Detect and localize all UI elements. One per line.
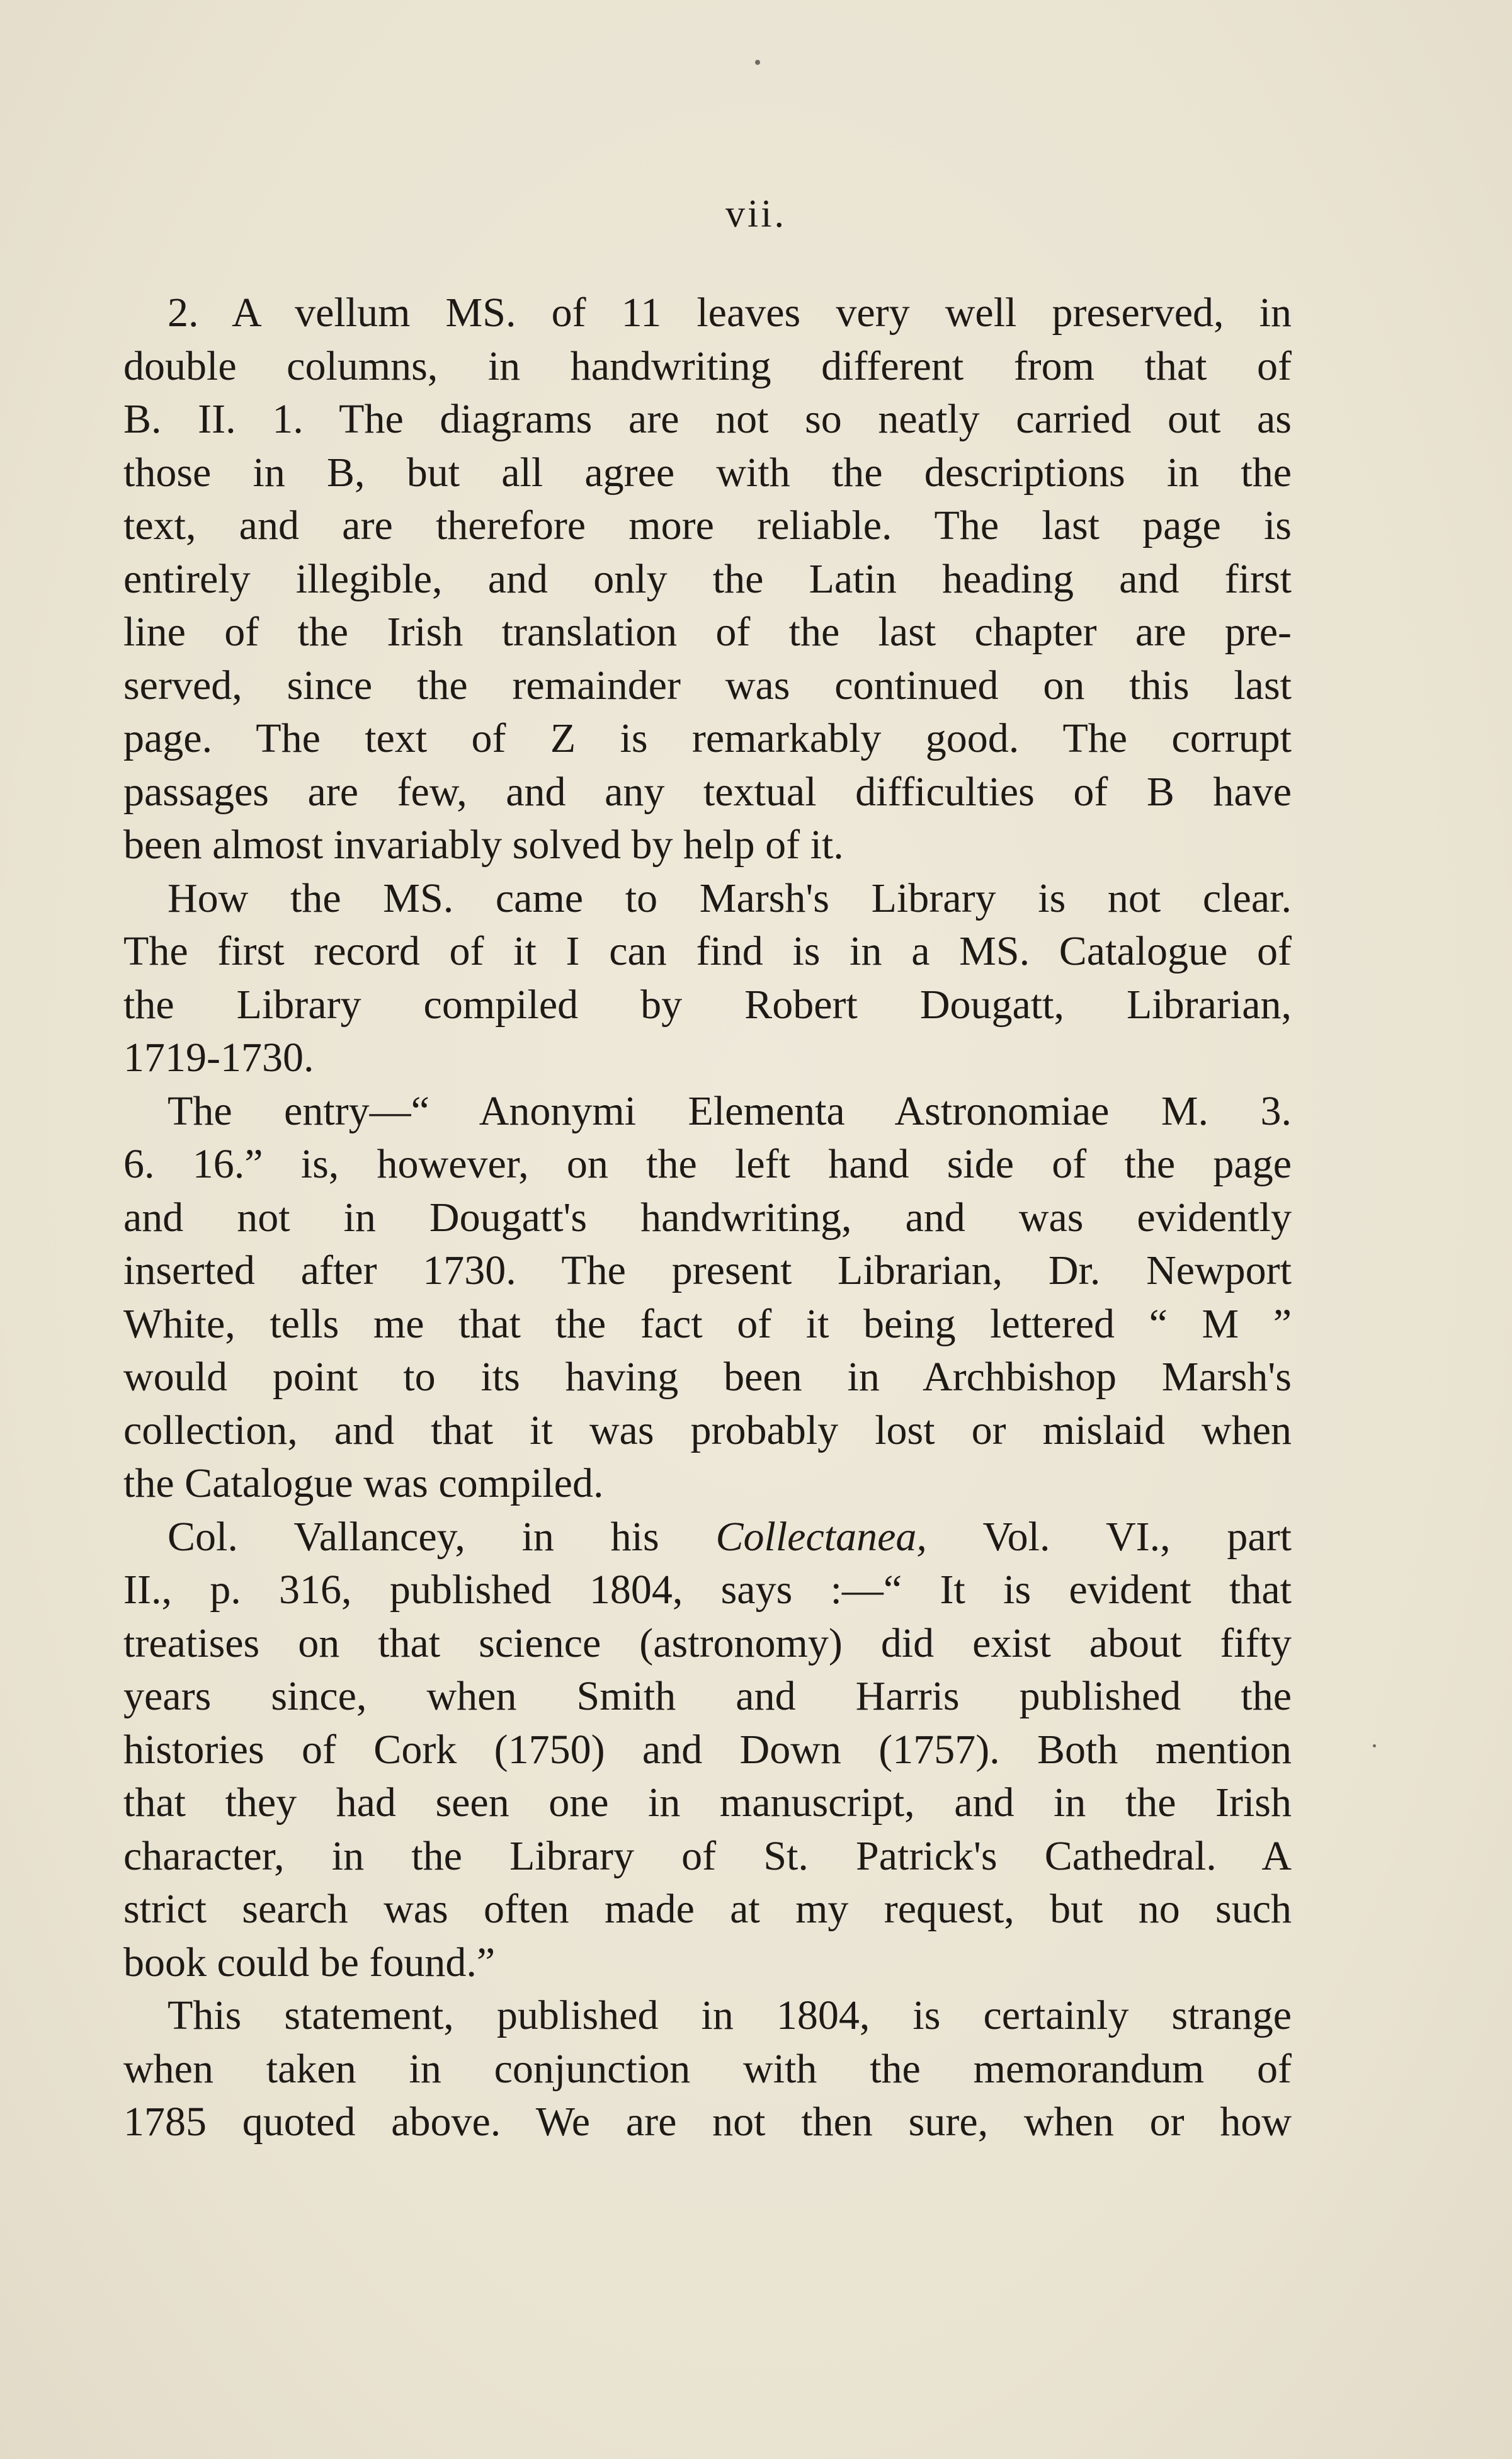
text-line: 2. A vellum MS. of 11 leaves very well p… — [123, 287, 1292, 340]
text-line: passages are few, and any textual diffic… — [123, 766, 1292, 819]
text-line: treatises on that science (astronomy) di… — [123, 1617, 1292, 1671]
text-line: years since, when Smith and Harris publi… — [123, 1670, 1292, 1724]
ink-speck — [755, 60, 760, 65]
text-line: histories of Cork (1750) and Down (1757)… — [123, 1724, 1292, 1777]
text-line: The first record of it I can find is in … — [123, 925, 1292, 979]
text-line: page. The text of Z is remarkably good. … — [123, 712, 1292, 766]
text-line: when taken in conjunction with the memor… — [123, 2043, 1292, 2096]
text-line: This statement, published in 1804, is ce… — [123, 1989, 1292, 2043]
text-line: 6. 16.” is, however, on the left hand si… — [123, 1138, 1292, 1191]
text-line: How the MS. came to Marsh's Library is n… — [123, 872, 1292, 926]
text-line: strict search was often made at my reque… — [123, 1883, 1292, 1936]
text-line: would point to its having been in Archbi… — [123, 1351, 1292, 1404]
text-line: line of the Irish translation of the las… — [123, 606, 1292, 659]
text-segment: Col. Vallancey, in his — [168, 1514, 715, 1560]
text-line: book could be found.” — [123, 1936, 1292, 1990]
text-line: 1785 quoted above. We are not then sure,… — [123, 2096, 1292, 2149]
text-line: collection, and that it was probably los… — [123, 1404, 1292, 1458]
text-line: those in B, but all agree with the descr… — [123, 446, 1292, 500]
text-line: entirely illegible, and only the Latin h… — [123, 553, 1292, 606]
ink-speck — [1373, 1744, 1376, 1747]
text-line: 1719-1730. — [123, 1031, 1292, 1085]
page-number: vii. — [0, 192, 1512, 237]
text-line: White, tells me that the fact of it bein… — [123, 1298, 1292, 1351]
text-line: served, since the remainder was continue… — [123, 659, 1292, 713]
text-line: double columns, in handwriting different… — [123, 340, 1292, 394]
text-line: inserted after 1730. The present Librari… — [123, 1244, 1292, 1298]
book-page: vii. 2. A vellum MS. of 11 leaves very w… — [0, 0, 1512, 2459]
text-line: II., p. 316, published 1804, says :—“ It… — [123, 1564, 1292, 1617]
text-segment: Vol. VI., part — [927, 1514, 1292, 1560]
body-text: 2. A vellum MS. of 11 leaves very well p… — [123, 287, 1292, 2149]
text-line: Col. Vallancey, in his Collectanea, Vol.… — [123, 1511, 1292, 1564]
book-title-italic: Collectanea, — [715, 1514, 926, 1560]
text-line: B. II. 1. The diagrams are not so neatly… — [123, 393, 1292, 446]
text-line: and not in Dougatt's handwriting, and wa… — [123, 1191, 1292, 1245]
text-line: been almost invariably solved by help of… — [123, 819, 1292, 872]
text-line: The entry—“ Anonymi Elementa Astronomiae… — [123, 1085, 1292, 1139]
text-line: the Library compiled by Robert Dougatt, … — [123, 979, 1292, 1032]
text-line: text, and are therefore more reliable. T… — [123, 499, 1292, 553]
text-line: that they had seen one in manuscript, an… — [123, 1776, 1292, 1830]
text-line: character, in the Library of St. Patrick… — [123, 1830, 1292, 1883]
text-line: the Catalogue was compiled. — [123, 1457, 1292, 1511]
